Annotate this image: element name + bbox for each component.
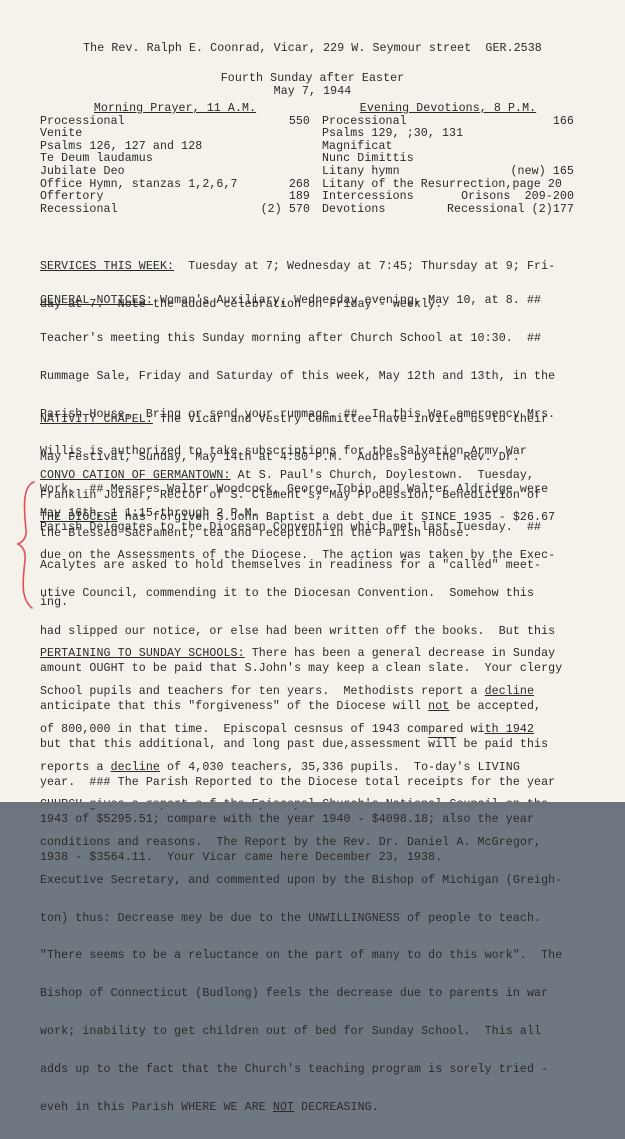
evening-devotions-column: Evening Devotions, 8 P.M. Processional16… <box>322 103 574 216</box>
service-item-name: Jubilate Deo <box>40 166 125 179</box>
vicar-address-line: The Rev. Ralph E. Coonrad, Vicar, 229 W.… <box>0 43 625 56</box>
morning-prayer-column: Morning Prayer, 11 A.M. Processional550V… <box>40 103 310 216</box>
service-item: IntercessionsOrisons 209-200 <box>322 191 574 204</box>
sunday-schools-heading: PERTAINING TO SUNDAY SCHOOLS: <box>40 647 245 660</box>
service-item-name: Venite <box>40 128 82 141</box>
convocation-heading: CONVO CATION OF GERMANTOWN: <box>40 469 231 482</box>
service-item-number: Orisons 209-200 <box>461 191 574 204</box>
service-item-name: Offertory <box>40 191 104 204</box>
scanner-background-edge <box>0 802 625 808</box>
evening-devotions-list: Processional166Psalms 129, ;30, 131Magni… <box>322 116 574 217</box>
service-item-name: Psalms 129, ;30, 131 <box>322 128 463 141</box>
service-item: Jubilate Deo <box>40 166 310 179</box>
evening-devotions-title: Evening Devotions, 8 P.M. <box>322 103 574 116</box>
nativity-chapel-heading: NATIVITY CHAPEL: <box>40 413 153 426</box>
service-item-name: Litany hymn <box>322 166 400 179</box>
diocese-heading: THE DIOCESE <box>40 511 118 524</box>
service-item: Offertory189 <box>40 191 310 204</box>
red-bracket-mark <box>14 480 36 610</box>
service-item-number: (new) 165 <box>510 166 574 179</box>
morning-prayer-title: Morning Prayer, 11 A.M. <box>40 103 310 116</box>
bulletin-date: May 7, 1944 <box>0 86 625 99</box>
service-item-number: 550 <box>289 116 310 129</box>
service-item: Psalms 129, ;30, 131 <box>322 128 574 141</box>
morning-prayer-list: Processional550VenitePsalms 126, 127 and… <box>40 116 310 217</box>
service-item: Litany hymn(new) 165 <box>322 166 574 179</box>
service-item-number: 166 <box>553 116 574 129</box>
general-notices-heading: GENERAL NOTICES: <box>40 294 153 307</box>
occasion: Fourth Sunday after Easter <box>0 73 625 86</box>
service-item-name: Recessional <box>40 204 118 217</box>
bulletin-page: The Rev. Ralph E. Coonrad, Vicar, 229 W.… <box>0 0 625 802</box>
service-item-number: Recessional (2)177 <box>447 204 574 217</box>
service-item: Recessional(2) 570 <box>40 204 310 217</box>
service-item: DevotionsRecessional (2)177 <box>322 204 574 217</box>
service-item-number: 189 <box>289 191 310 204</box>
bulletin-subtitle: Fourth Sunday after Easter May 7, 1944 <box>0 73 625 98</box>
sunday-schools-notice: PERTAINING TO SUNDAY SCHOOLS: There has … <box>40 623 600 808</box>
service-item-name: Intercessions <box>322 191 414 204</box>
service-item-number: (2) 570 <box>261 204 310 217</box>
service-item: Venite <box>40 128 310 141</box>
service-item-name: Devotions <box>322 204 386 217</box>
